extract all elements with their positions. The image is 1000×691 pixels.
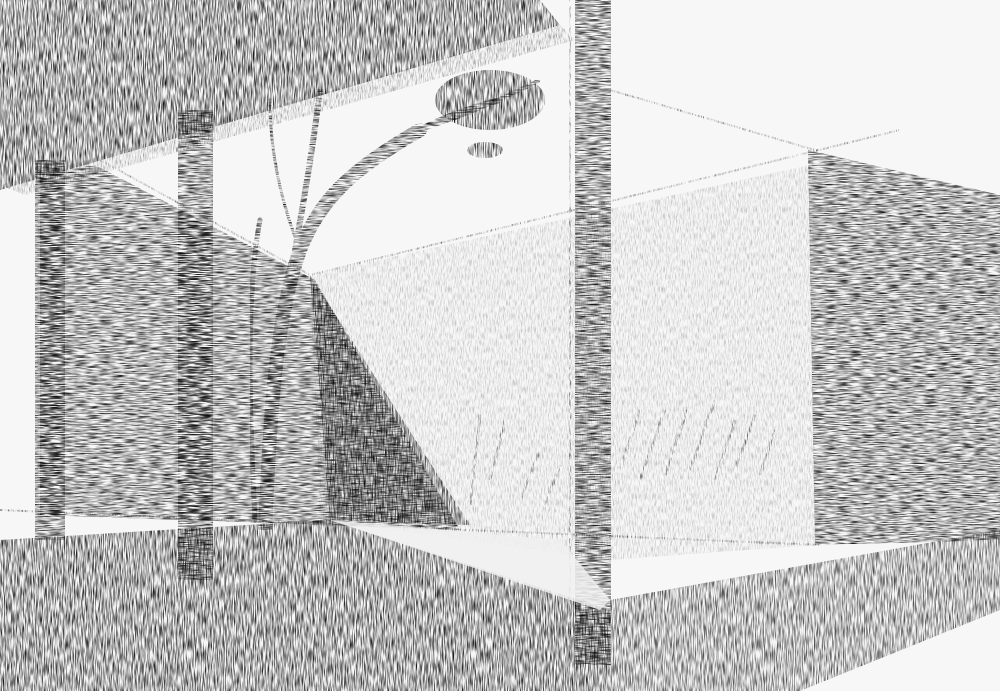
right-building	[808, 150, 1000, 545]
charcoal-drawing	[0, 0, 1000, 691]
